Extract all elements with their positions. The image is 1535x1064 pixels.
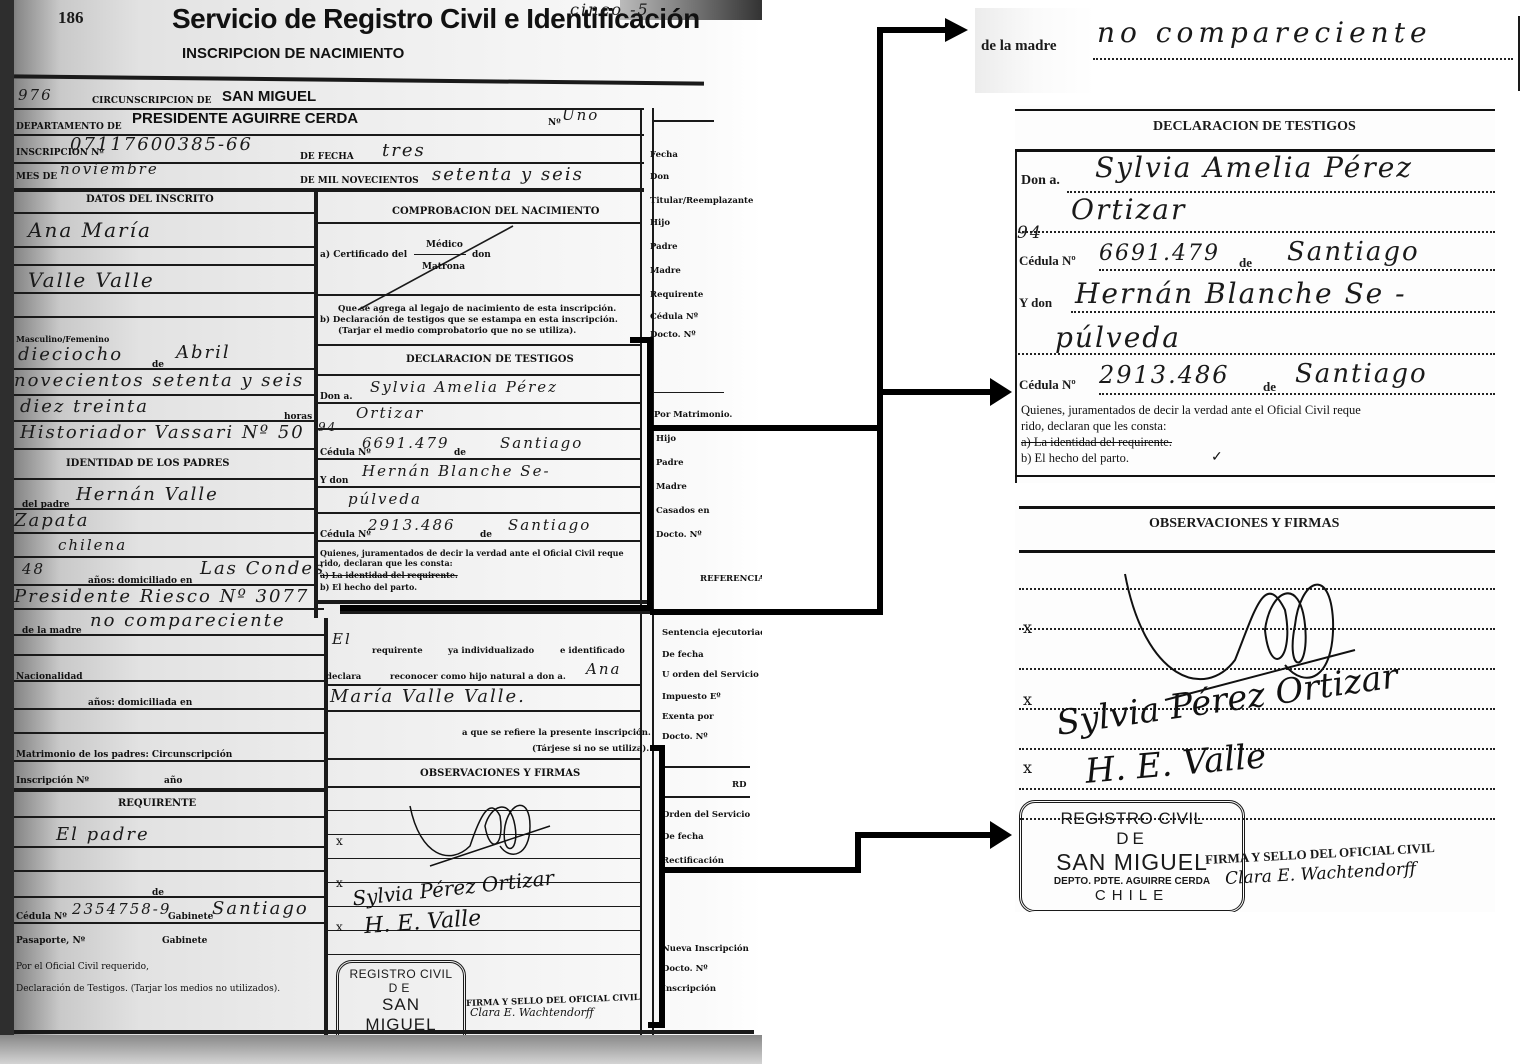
- cedula-label: Cédula Nº: [16, 912, 67, 922]
- side-item: Padre: [650, 242, 678, 252]
- rule: [14, 788, 324, 792]
- stamp-line-4: DEPTO. PDTE. AGUIRRE CERDA: [1030, 876, 1234, 887]
- excerpt-testigo1-cedula: 6691.479: [1099, 241, 1220, 266]
- rule: [326, 954, 640, 955]
- rule: [14, 870, 324, 872]
- side-item: U orden del Servicio: [662, 670, 759, 680]
- testigo2-de-label: de: [480, 530, 492, 540]
- signature-2: H. E. Valle: [363, 906, 482, 939]
- excerpt-testigo1-apellido: Ortizar: [1071, 193, 1186, 226]
- signature-x-mark: x: [1023, 690, 1032, 709]
- reconocimiento-requirente-word: El: [332, 630, 352, 648]
- rule: [660, 766, 750, 768]
- rule: [14, 478, 314, 480]
- excerpt-testigo2-ciudad: Santiago: [1295, 359, 1428, 389]
- padres-heading: IDENTIDAD DE LOS PADRES: [66, 458, 229, 469]
- padre-nombre: Hernán Valle: [76, 484, 219, 505]
- rule: [1015, 475, 1495, 477]
- rule: [14, 922, 324, 924]
- excerpt-testigo1-ciudad: Santiago: [1287, 237, 1420, 267]
- reconocimiento-line2b: reconocer como hijo natural a don a.: [390, 672, 566, 682]
- rule: [318, 600, 648, 604]
- page-number: 186: [58, 8, 84, 28]
- padre-edad: 48: [22, 560, 45, 578]
- rule: [14, 316, 314, 318]
- observaciones-heading: OBSERVACIONES Y FIRMAS: [420, 768, 580, 779]
- excerpt-item-a-struck: a) La identidad del requirente.: [1021, 435, 1172, 450]
- rule: [318, 458, 640, 460]
- madre-value: no compareciente: [90, 610, 286, 631]
- side-item: Docto. Nº: [662, 732, 708, 742]
- gabinete2-label: Gabinete: [162, 936, 207, 946]
- requirente-heading: REQUIRENTE: [118, 798, 196, 809]
- form-subtitle: INSCRIPCION DE NACIMIENTO: [182, 45, 404, 62]
- side-item: De fecha: [662, 650, 704, 660]
- side-item: Don: [650, 172, 669, 182]
- excerpt-testigo2-cedula: 2913.486: [1099, 361, 1230, 389]
- side-item: Exenta por: [662, 712, 714, 722]
- nacimiento-dia: dieciocho: [18, 344, 123, 365]
- excerpt-testigo1-nombre: Sylvia Amelia Pérez: [1095, 151, 1413, 184]
- page-bottom-shadow: [0, 1035, 762, 1064]
- fecha-value: tres: [382, 140, 426, 161]
- side-item: De fecha: [662, 832, 704, 842]
- rule: [14, 448, 314, 450]
- inscrito-nombres: Ana María: [28, 218, 152, 242]
- rule: [326, 710, 640, 712]
- departamento-label: DEPARTAMENTO DE: [16, 122, 122, 132]
- stamp-line-3: SAN MIGUEL: [347, 995, 455, 1035]
- rule: [1019, 506, 1495, 509]
- excerpt-juramento-2: rido, declaran que les consta:: [1021, 419, 1166, 434]
- rule: [14, 212, 314, 214]
- testigo2-cedula: 2913.486: [368, 516, 456, 534]
- inscripcion-matrimonio-label: Inscripción Nº: [16, 776, 89, 786]
- rule: [14, 634, 324, 636]
- stamp-line-2: DE: [1030, 829, 1234, 849]
- excerpt-madre: de la madre no compareciente: [975, 8, 1535, 93]
- rule: [14, 188, 644, 192]
- excerpt-testigo1-note: 94: [1017, 223, 1043, 243]
- signature-x-mark: x: [336, 920, 343, 934]
- side-item: Hijo: [656, 434, 676, 444]
- excerpt-firmas-heading: OBSERVACIONES Y FIRMAS: [1149, 516, 1339, 532]
- reconocimiento-line3-value: María Valle Valle.: [330, 686, 526, 707]
- testigo1-de-label: de: [454, 448, 466, 458]
- sexo-label: Masculino/Femenino: [16, 334, 109, 344]
- testigo1-cedula: 6691.479: [362, 434, 450, 452]
- padre-comuna: Las Condes: [200, 558, 325, 579]
- side-item: Docto. Nº: [656, 530, 702, 540]
- testigos-heading: DECLARACION DE TESTIGOS: [406, 354, 574, 365]
- side-item: Nueva Inscripción: [662, 944, 749, 954]
- signature-x-mark: x: [336, 834, 343, 848]
- testigo1-ciudad: Santiago: [500, 434, 583, 452]
- testigo2-nombre: Hernán Blanche Se-: [362, 462, 551, 480]
- rule: [318, 344, 640, 346]
- rule: [14, 708, 324, 710]
- nacimiento-anio: novecientos setenta y seis: [14, 370, 304, 391]
- nacimiento-mes: Abril: [176, 342, 231, 363]
- side-item: Docto. Nº: [662, 964, 708, 974]
- excerpt-testigo2-label: Y don: [1019, 295, 1052, 311]
- matrimonio-label: Matrimonio de los padres: Circunscripció…: [16, 750, 232, 760]
- excerpt-testigo1-cedula-label: Cédula Nº: [1019, 253, 1076, 269]
- circunscripcion-prefix: 976: [18, 86, 53, 104]
- side-item: Inscripción: [662, 984, 716, 994]
- excerpt-testigo2-cedula-label: Cédula Nº: [1019, 377, 1076, 393]
- comprobacion-heading: COMPROBACION DEL NACIMIENTO: [392, 206, 599, 217]
- rule: [318, 374, 640, 376]
- juramento-line-2: rido, declaran que les consta:: [320, 558, 453, 568]
- side-item: Requirente: [650, 290, 703, 300]
- check-mark-icon: ✓: [1211, 449, 1223, 465]
- datos-inscrito-heading: DATOS DEL INSCRITO: [86, 194, 214, 205]
- fecha-label: DE FECHA: [300, 152, 354, 162]
- rule: [1015, 109, 1495, 111]
- reconocimiento-line1a: requirente: [372, 646, 423, 656]
- testigo2-apellido: púlveda: [348, 490, 422, 508]
- side-item: Titular/Reemplazante: [650, 196, 753, 206]
- strike-through-line: [318, 222, 518, 342]
- anio-value: setenta y seis: [432, 164, 584, 185]
- nacimiento-lugar: Historiador Vassari Nº 50: [20, 422, 305, 443]
- rule: [14, 816, 324, 818]
- rule: [318, 512, 640, 514]
- requirente-gabinete: Santiago: [212, 898, 309, 919]
- excerpt-testigos-heading: DECLARACION DE TESTIGOS: [1153, 119, 1356, 135]
- reconocimiento-line4: a que se refiere la presente inscripción…: [462, 728, 651, 738]
- mes-label: MES DE: [16, 172, 57, 182]
- signature-flourish: [390, 786, 560, 876]
- pasaporte-label: Pasaporte, Nº: [16, 936, 85, 946]
- side-item: Madre: [650, 266, 681, 276]
- signature-2: H. E. Valle: [1084, 736, 1268, 792]
- side-item: Orden del Servicio: [662, 810, 750, 820]
- inscrito-apellidos: Valle Valle: [28, 268, 155, 292]
- rule: [654, 120, 714, 122]
- side-item: Padre: [656, 458, 684, 468]
- rule: [1099, 269, 1495, 271]
- stamp-line-3: SAN MIGUEL: [1030, 849, 1234, 876]
- side-item: Docto. Nº: [650, 330, 696, 340]
- rule: [1015, 231, 1495, 233]
- reconocimiento-line5: (Tárjese si no se utiliza).: [532, 744, 649, 754]
- circunscripcion-value: SAN MIGUEL: [222, 88, 316, 105]
- oficial-label: Por el Oficial Civil requerido,: [16, 962, 149, 972]
- rule: [14, 846, 324, 848]
- testigo1-note: 94: [318, 420, 337, 434]
- padre-apellido: Zapata: [14, 510, 89, 531]
- item-b: b) El hecho del parto.: [320, 582, 417, 592]
- testigo1-label: Don a.: [320, 392, 352, 402]
- book-spine-shadow: [0, 0, 14, 1064]
- excerpt-testigo1-label: Don a.: [1021, 173, 1060, 189]
- rule: [1071, 311, 1495, 313]
- excerpt-firmas: OBSERVACIONES Y FIRMAS x x x Sylvia Pére…: [1015, 500, 1495, 912]
- rule: [660, 796, 750, 798]
- header-divider: [14, 74, 704, 85]
- nacimiento-hora: diez treinta: [20, 396, 149, 417]
- side-item: Hijo: [650, 218, 670, 228]
- rule: [1015, 149, 1017, 483]
- side-item: Cédula Nº: [650, 312, 698, 322]
- reconocimiento-line1c: e identificado: [560, 646, 625, 656]
- stamp-line-1: REGISTRO CIVIL: [1030, 809, 1234, 829]
- side-item: Impuesto Eº: [662, 692, 721, 702]
- juramento-line-1: Quienes, juramentados de decir la verdad…: [320, 548, 624, 558]
- side-item: Madre: [656, 482, 687, 492]
- reconocimiento-line2-value: Ana: [586, 660, 621, 678]
- departamento-value: PRESIDENTE AGUIRRE CERDA: [132, 110, 358, 127]
- margin-note: cinco -5: [570, 0, 650, 19]
- item-a-struck: a) La identidad del requirente.: [320, 570, 458, 580]
- testigo2-cedula-label: Cédula Nº: [320, 530, 371, 540]
- rd-heading: RD: [732, 780, 746, 790]
- testigo1-apellido: Ortizar: [356, 404, 424, 422]
- rule: [14, 732, 324, 734]
- reconocimiento-line2a: declara: [326, 672, 361, 682]
- gabinete-label: Gabinete: [168, 912, 213, 922]
- excerpt-testigo2-apellido: púlveda: [1055, 321, 1181, 354]
- testigo2-ciudad: Santiago: [508, 516, 591, 534]
- excerpt-madre-label: de la madre: [981, 38, 1057, 55]
- rule: [14, 680, 324, 682]
- requirente-cedula: 2354758-9: [72, 900, 171, 918]
- excerpt-juramento-1: Quienes, juramentados de decir la verdad…: [1021, 403, 1361, 418]
- arrow-head-firmas-icon: [990, 821, 1012, 849]
- excerpt-item-b: b) El hecho del parto.: [1021, 451, 1129, 466]
- rule: [1518, 16, 1520, 91]
- column-divider: [640, 108, 642, 1038]
- rule: [14, 246, 314, 248]
- rule: [14, 654, 324, 656]
- rule: [14, 532, 314, 534]
- birth-registration-form: 186 Servicio de Registro Civil e Identif…: [0, 0, 762, 1064]
- numero-label: Nº: [548, 118, 561, 128]
- side-item: Rectificación: [662, 856, 724, 866]
- rule: [654, 392, 724, 393]
- rule: [318, 486, 640, 488]
- padre-calle: Presidente Riesco Nº 3077: [14, 586, 309, 607]
- rule: [340, 608, 650, 614]
- stamp-line-5: CHILE: [1030, 887, 1234, 904]
- testigo1-nombre: Sylvia Amelia Pérez: [370, 378, 558, 396]
- numero-value: Uno: [562, 106, 599, 124]
- rule: [14, 264, 314, 266]
- rule: [14, 292, 314, 294]
- signature-3: Clara E. Wachtendorff: [470, 1006, 594, 1019]
- rule: [326, 758, 640, 760]
- testigo2-label: Y don: [320, 476, 348, 486]
- excerpt-testigos: DECLARACION DE TESTIGOS Don a. Sylvia Am…: [1015, 105, 1495, 483]
- referencias-heading: REFERENCIAS: [700, 574, 762, 584]
- anio-label: DE MIL NOVECIENTOS: [300, 176, 419, 186]
- arrow-head-testigos-icon: [990, 378, 1012, 406]
- signature-x-mark: x: [1023, 618, 1032, 637]
- signature-x-mark: x: [336, 876, 343, 890]
- side-item: Sentencia ejecutoriada: [662, 628, 762, 638]
- side-item: Fecha: [650, 150, 678, 160]
- requirente-value: El padre: [56, 824, 150, 845]
- stamp-line-2: DE: [347, 981, 455, 995]
- matrimonio-heading: Por Matrimonio.: [654, 410, 732, 420]
- padre-nacionalidad: chilena: [58, 536, 127, 554]
- rule: [318, 428, 640, 430]
- testigos-tarjar-label: Declaración de Testigos. (Tarjar los med…: [16, 984, 280, 994]
- inscripcion-value: 07117600385-66: [70, 134, 253, 155]
- rule: [318, 540, 640, 542]
- side-item: Casados en: [656, 506, 710, 516]
- arrow-head-madre-icon: [945, 18, 968, 42]
- excerpt-testigo2-nombre: Hernán Blanche Se -: [1075, 277, 1407, 310]
- rule: [1099, 393, 1495, 395]
- circunscripcion-label: CIRCUNSCRIPCION DE: [92, 96, 211, 106]
- madre-edad-label: años: domiciliada en: [88, 698, 192, 708]
- mes-value: noviembre: [60, 160, 159, 178]
- rule: [14, 760, 324, 762]
- signature-x-mark: x: [1023, 758, 1032, 777]
- rule: [1015, 353, 1495, 355]
- excerpt-madre-value: no compareciente: [1097, 16, 1432, 49]
- reconocimiento-line1b: ya individualizado: [448, 646, 534, 656]
- anio-matrimonio-label: año: [164, 776, 182, 786]
- stamp-line-1: REGISTRO CIVIL: [347, 967, 455, 981]
- rule: [1093, 58, 1513, 60]
